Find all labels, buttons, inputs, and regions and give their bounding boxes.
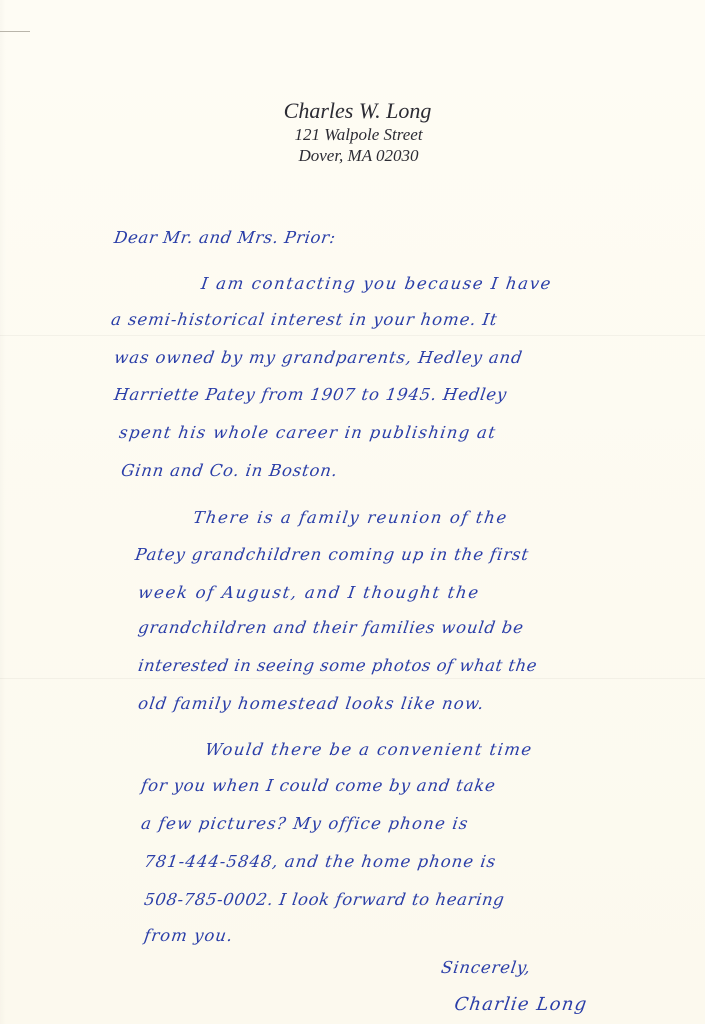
letter-line: Ginn and Co. in Boston.	[120, 461, 339, 480]
letter-line: Harriette Patey from 1907 to 1945. Hedle…	[113, 385, 508, 404]
letter-line: There is a family reunion of the	[192, 508, 509, 527]
letter-line: 508-785-0002. I look forward to hearing	[143, 890, 506, 909]
letter-line: for you when I could come by and take	[140, 776, 497, 795]
letter-line: Patey grandchildren coming up in the fir…	[134, 545, 530, 564]
letter-line: interested in seeing some photos of what…	[137, 656, 538, 675]
letter-line: from you.	[143, 926, 235, 945]
letter-line: old family homestead looks like now.	[137, 694, 486, 713]
sender-city: Dover, MA 02030	[12, 145, 705, 166]
letter-line: spent his whole career in publishing at	[118, 423, 498, 442]
fold-line	[0, 678, 705, 679]
letter-line: Would there be a convenient time	[204, 740, 534, 759]
letter-line: 781-444-5848, and the home phone is	[143, 852, 498, 871]
letter-paper: Charles W. Long 121 Walpole Street Dover…	[0, 0, 705, 1024]
letter-line: was owned by my grandparents, Hedley and	[113, 348, 524, 367]
sender-street: 121 Walpole Street	[12, 124, 705, 145]
letterhead: Charles W. Long 121 Walpole Street Dover…	[0, 98, 705, 166]
letter-line: grandchildren and their families would b…	[137, 618, 525, 637]
signature: Charlie Long	[453, 994, 589, 1015]
fold-line	[0, 335, 705, 336]
letter-line: a few pictures? My office phone is	[140, 814, 470, 833]
letter-line: a semi-historical interest in your home.…	[110, 310, 499, 329]
sender-name: Charles W. Long	[10, 98, 705, 124]
closing: Sincerely,	[440, 958, 532, 977]
paper-edge-mark	[0, 31, 30, 32]
salutation: Dear Mr. and Mrs. Prior:	[113, 228, 337, 247]
letter-line: I am contacting you because I have	[200, 274, 553, 293]
letter-line: week of August, and I thought the	[137, 583, 481, 602]
